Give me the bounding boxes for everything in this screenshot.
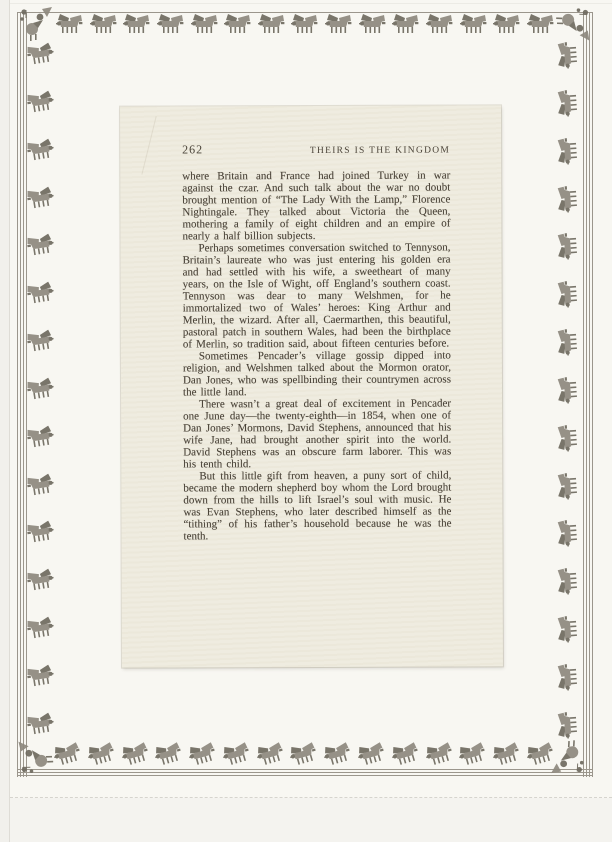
border-animal-stamp-icon — [557, 136, 581, 164]
corner-bird-stamp-icon — [17, 739, 54, 774]
border-animal-stamp-icon — [25, 329, 55, 355]
border-animal-stamp-icon — [557, 328, 581, 356]
border-animal-stamp-icon — [220, 741, 252, 770]
paper-crease — [141, 116, 182, 181]
border-animal-stamp-icon — [85, 741, 117, 770]
border-animal-stamp-icon — [25, 233, 55, 259]
border-animal-stamp-icon — [25, 473, 55, 499]
corner-bird-stamp-icon — [19, 6, 53, 42]
frame-line-right — [583, 12, 593, 777]
border-animal-stamp-icon — [90, 14, 117, 36]
border-animal-stamp-icon — [25, 712, 55, 738]
border-animal-stamp-icon — [557, 567, 581, 595]
border-motif-row-top — [56, 14, 554, 36]
border-animal-stamp-icon — [557, 519, 581, 547]
border-animal-stamp-icon — [557, 615, 581, 643]
border-animal-stamp-icon — [557, 232, 581, 260]
paragraph: But this little gift from heaven, a puny… — [183, 470, 451, 543]
border-motif-column-right — [555, 44, 582, 736]
border-animal-stamp-icon — [25, 281, 55, 307]
border-animal-stamp-icon — [258, 14, 285, 36]
border-animal-stamp-icon — [460, 14, 487, 36]
border-animal-stamp-icon — [25, 186, 55, 212]
border-animal-stamp-icon — [557, 280, 581, 308]
border-animal-stamp-icon — [322, 741, 354, 770]
border-animal-stamp-icon — [557, 471, 581, 499]
corner-bird-stamp-icon — [550, 738, 586, 776]
border-animal-stamp-icon — [25, 664, 55, 690]
body-text: where Britain and France had joined Turk… — [182, 170, 451, 543]
border-motif-row-bottom — [54, 744, 554, 766]
border-animal-stamp-icon — [224, 14, 251, 36]
border-animal-stamp-icon — [557, 89, 581, 117]
sheet-bottom-margin — [0, 798, 612, 842]
border-animal-stamp-icon — [254, 741, 286, 770]
border-animal-stamp-icon — [557, 424, 581, 452]
border-animal-stamp-icon — [527, 14, 554, 36]
border-animal-stamp-icon — [557, 376, 581, 404]
border-animal-stamp-icon — [557, 663, 581, 691]
border-animal-stamp-icon — [56, 14, 83, 36]
border-animal-stamp-icon — [119, 741, 151, 770]
border-animal-stamp-icon — [557, 184, 581, 212]
border-animal-stamp-icon — [191, 14, 218, 36]
frame-line-left — [17, 12, 27, 777]
frame-line-bottom — [17, 769, 592, 777]
border-animal-stamp-icon — [291, 14, 318, 36]
border-animal-stamp-icon — [493, 14, 520, 36]
border-animal-stamp-icon — [392, 14, 419, 36]
border-animal-stamp-icon — [359, 14, 386, 36]
paragraph: Perhaps sometimes conversation switched … — [182, 242, 450, 351]
border-animal-stamp-icon — [457, 741, 489, 770]
border-animal-stamp-icon — [25, 425, 55, 451]
border-animal-stamp-icon — [389, 741, 421, 770]
border-animal-stamp-icon — [25, 520, 55, 546]
book-page-clipping: 262 THEIRS IS THE KINGDOM where Britain … — [120, 105, 503, 667]
border-animal-stamp-icon — [557, 41, 581, 69]
border-animal-stamp-icon — [25, 568, 55, 594]
paragraph: where Britain and France had joined Turk… — [182, 170, 450, 243]
border-animal-stamp-icon — [356, 741, 388, 770]
border-animal-stamp-icon — [51, 741, 83, 770]
page-number: 262 — [182, 142, 203, 157]
border-animal-stamp-icon — [153, 741, 185, 770]
border-animal-stamp-icon — [557, 711, 581, 739]
border-animal-stamp-icon — [325, 14, 352, 36]
border-animal-stamp-icon — [491, 741, 523, 770]
page-header: 262 THEIRS IS THE KINGDOM — [182, 142, 450, 158]
border-animal-stamp-icon — [187, 741, 219, 770]
border-animal-stamp-icon — [25, 616, 55, 642]
border-animal-stamp-icon — [423, 741, 455, 770]
paragraph: There wasn’t a great deal of excitement … — [183, 398, 451, 471]
border-animal-stamp-icon — [123, 14, 150, 36]
border-animal-stamp-icon — [288, 741, 320, 770]
sheet-left-edge — [0, 0, 10, 842]
running-title: THEIRS IS THE KINGDOM — [310, 146, 450, 156]
border-animal-stamp-icon — [25, 42, 55, 68]
corner-bird-stamp-icon — [554, 6, 591, 41]
border-animal-stamp-icon — [25, 138, 55, 164]
border-motif-column-left — [27, 44, 54, 736]
border-animal-stamp-icon — [426, 14, 453, 36]
border-animal-stamp-icon — [157, 14, 184, 36]
paragraph: Sometimes Pencader’s village gossip dipp… — [183, 350, 451, 399]
border-animal-stamp-icon — [25, 90, 55, 116]
border-animal-stamp-icon — [25, 377, 55, 403]
scanned-album-page: 262 THEIRS IS THE KINGDOM where Britain … — [0, 0, 612, 842]
